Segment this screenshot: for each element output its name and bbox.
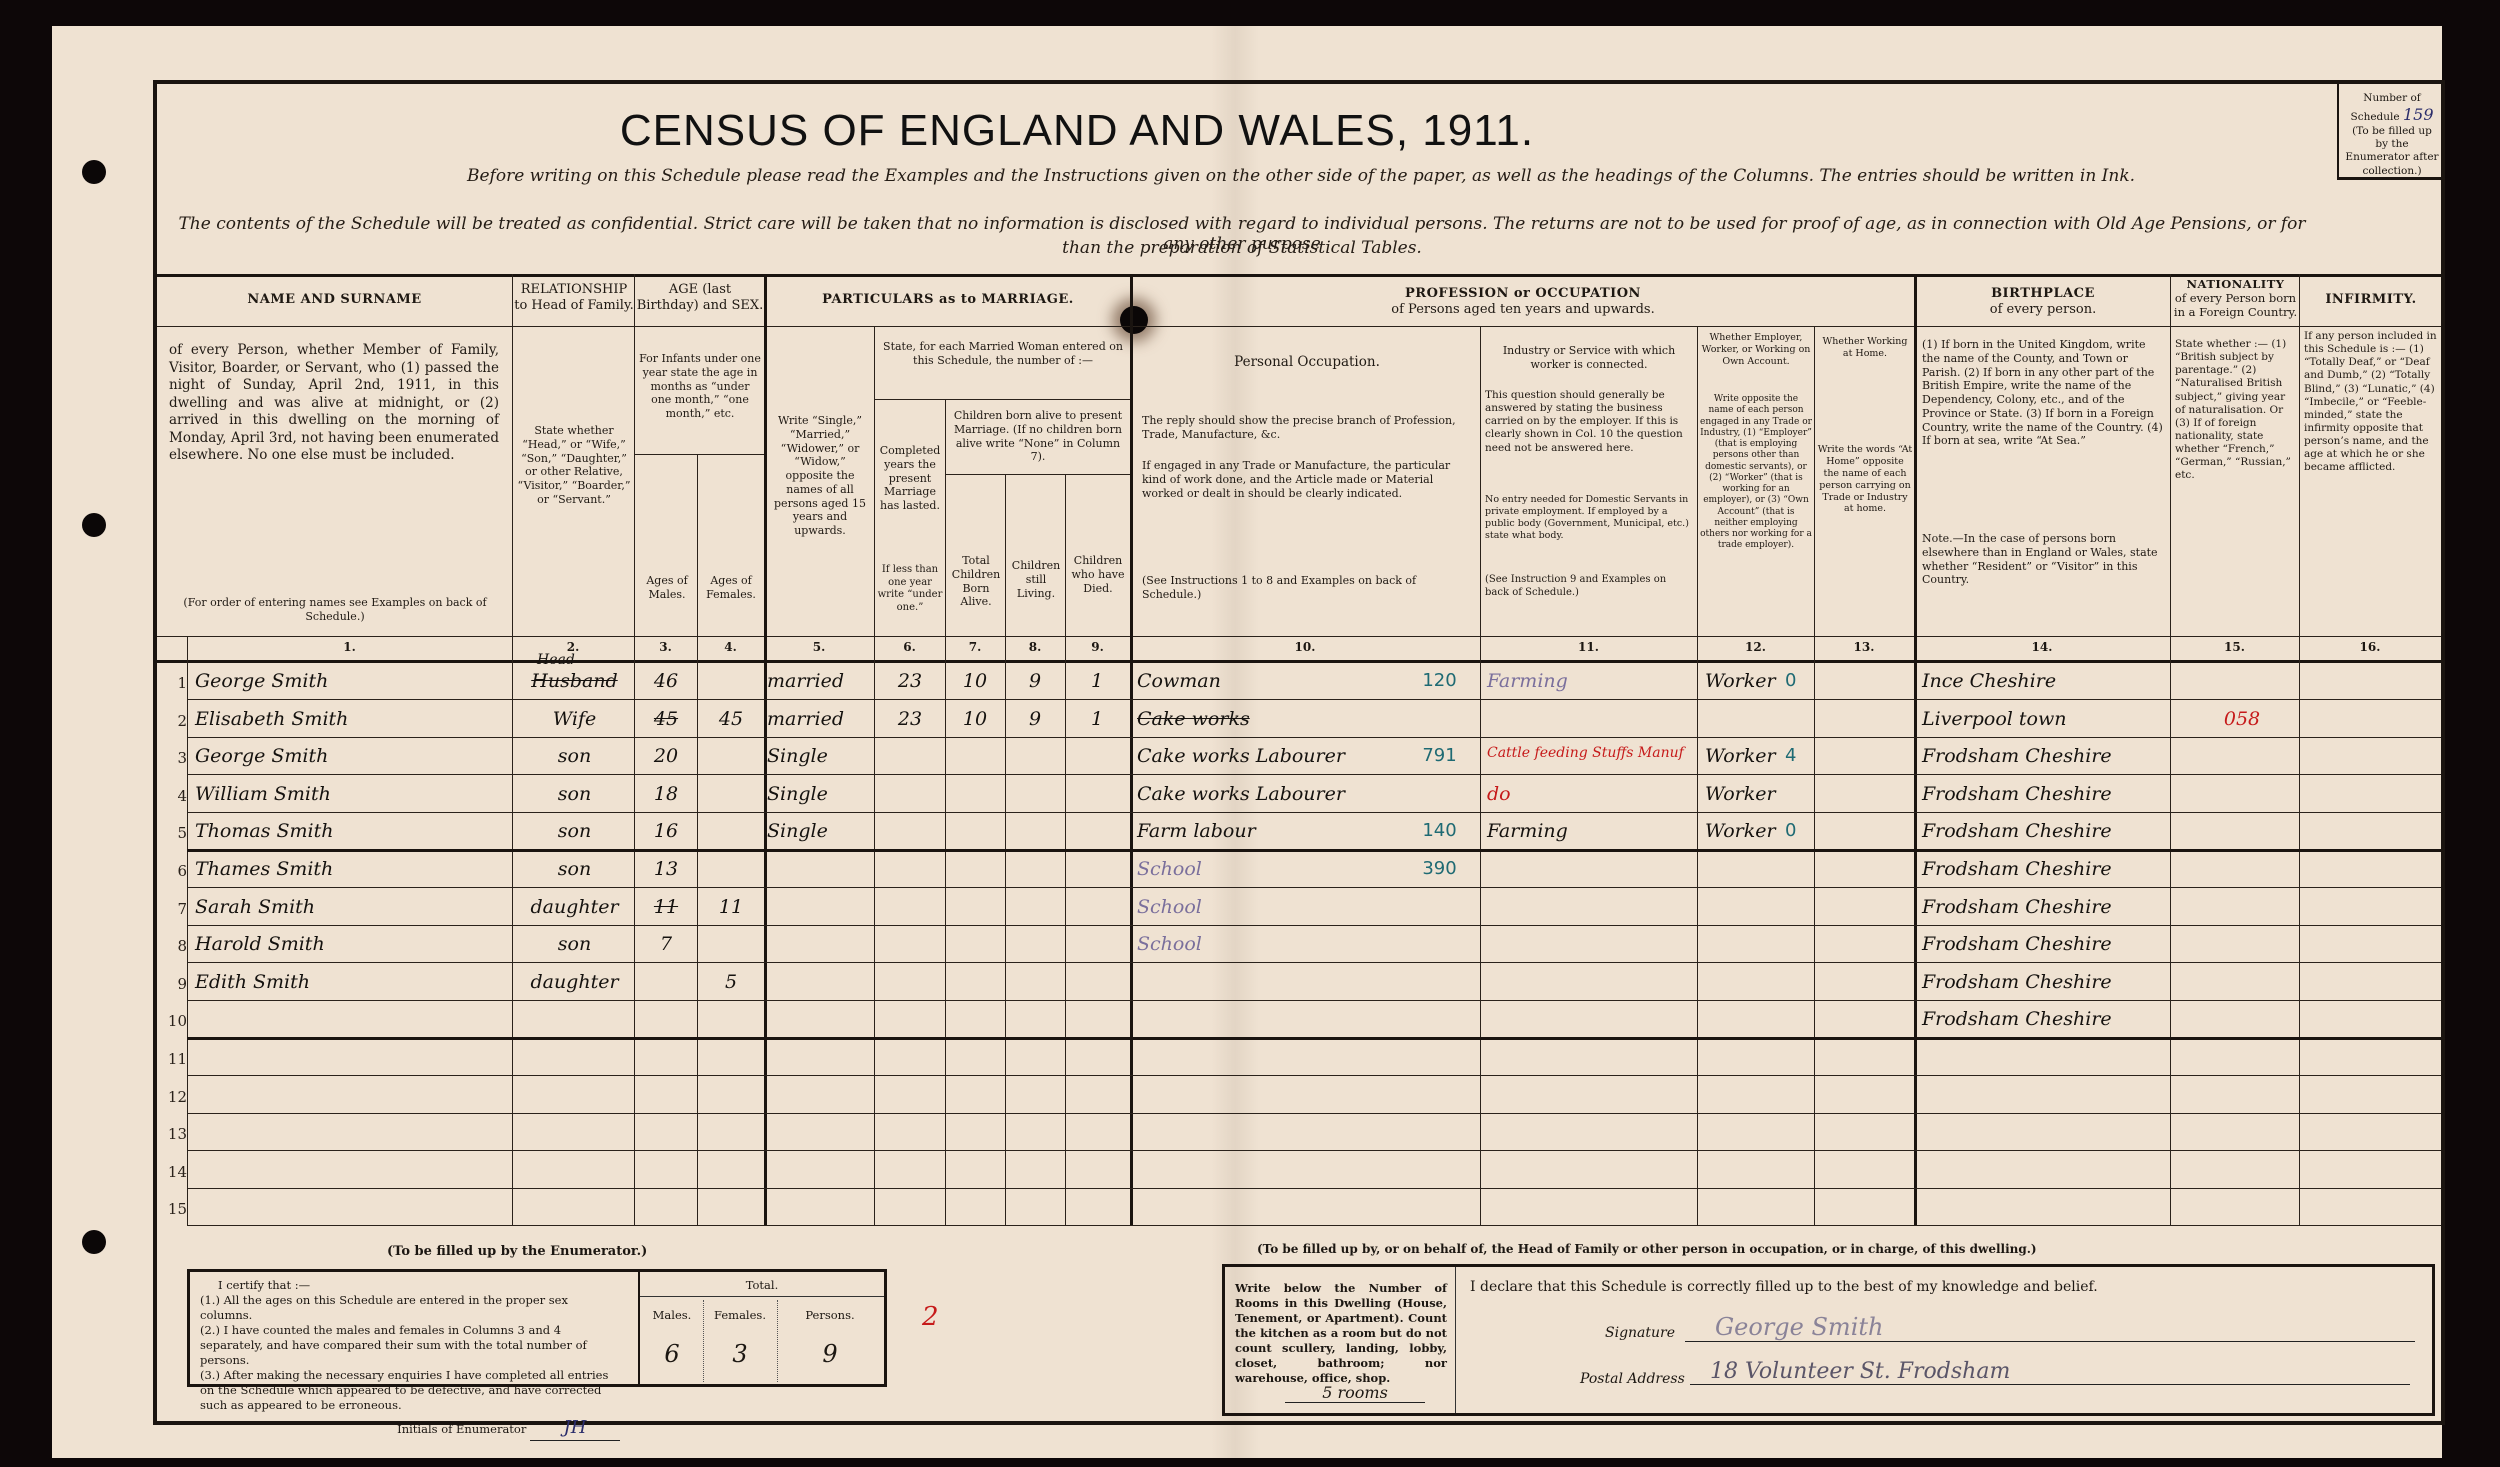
rooms-instruction: Write below the Number of Rooms in this … — [1235, 1281, 1447, 1386]
cell-living[interactable]: 9 — [1007, 670, 1063, 692]
cell-employ-code[interactable]: 0 — [1785, 820, 1811, 841]
cell-birthplace[interactable]: Frodsham Cheshire — [1922, 1008, 2167, 1030]
form-footer: (To be filled up by the Enumerator.) I c… — [157, 1234, 2441, 1424]
cell-name[interactable]: Edith Smith — [195, 971, 510, 993]
cell-name[interactable]: William Smith — [195, 783, 510, 805]
punch-hole — [82, 1230, 106, 1254]
relationship-instructions: State whether “Head,” or “Wife,” “Son,” … — [517, 424, 631, 507]
table-row: 1George SmithHusband46married231091Cowma… — [157, 662, 2441, 700]
row-number: 1 — [159, 674, 187, 692]
col-header-infirmity: INFIRMITY. — [2325, 292, 2416, 307]
cell-name[interactable]: Thames Smith — [195, 858, 510, 880]
row-number: 10 — [159, 1012, 187, 1030]
census-form: CENSUS OF ENGLAND AND WALES, 1911. Befor… — [153, 80, 2445, 1425]
enumerator-initials[interactable]: JH — [530, 1416, 620, 1440]
cell-died[interactable]: 1 — [1067, 670, 1127, 692]
schedule-number[interactable]: 159 — [2403, 105, 2434, 124]
cell-name[interactable]: George Smith — [195, 745, 510, 767]
cell-occupation[interactable]: Cowman — [1137, 670, 1397, 692]
row-number: 13 — [159, 1125, 187, 1143]
cell-birthplace[interactable]: Ince Cheshire — [1922, 670, 2167, 692]
cell-rel[interactable]: Wife — [517, 708, 632, 730]
table-row: 11 — [157, 1038, 2441, 1076]
total-persons[interactable]: 9 — [780, 1340, 880, 1368]
cell-name[interactable]: Sarah Smith — [195, 896, 510, 918]
name-instructions: of every Person, whether Member of Famil… — [169, 342, 499, 465]
nationality-instructions: State whether :— (1) “British subject by… — [2175, 338, 2297, 482]
row-number: 5 — [159, 824, 187, 842]
table-row: 9Edith Smithdaughter5Frodsham Cheshire — [157, 963, 2441, 1001]
cell-industry[interactable]: Cattle feeding Stuffs Manuf — [1487, 745, 1695, 761]
rooms-count[interactable]: 5 rooms — [1285, 1383, 1425, 1403]
cell-occupation[interactable]: School — [1137, 933, 1397, 955]
table-row: 2Elisabeth SmithWife4545married231091Cak… — [157, 700, 2441, 738]
cell-name[interactable]: Thomas Smith — [195, 820, 510, 842]
cell-male[interactable]: 45 — [637, 708, 695, 730]
cell-occupation[interactable]: School — [1137, 896, 1397, 918]
cell-rel[interactable]: son — [517, 858, 632, 880]
cell-occupation[interactable]: Farm labour — [1137, 820, 1397, 842]
cell-rel-over: Head — [537, 652, 575, 668]
row-number: 8 — [159, 937, 187, 955]
cell-died[interactable]: 1 — [1067, 708, 1127, 730]
row-number: 11 — [159, 1050, 187, 1068]
col-header-nationality: NATIONALITY — [2187, 277, 2285, 291]
table-row: 5Thomas Smithson16SingleFarm labour140Fa… — [157, 812, 2441, 850]
row-number: 14 — [159, 1163, 187, 1181]
table-row: 4William Smithson18SingleCake works Labo… — [157, 775, 2441, 813]
cell-living[interactable]: 9 — [1007, 708, 1063, 730]
table-row: 3George Smithson20SingleCake works Labou… — [157, 737, 2441, 775]
household-table: NAME AND SURNAME RELATIONSHIP to Head of… — [157, 274, 2441, 1229]
enumerator-certificate: I certify that :— (1.) All the ages on t… — [187, 1269, 887, 1387]
cell-industry[interactable]: do — [1487, 783, 1695, 805]
cell-rel[interactable]: daughter — [517, 971, 632, 993]
table-row: 10Frodsham Cheshire — [157, 1000, 2441, 1038]
punch-hole — [82, 513, 106, 537]
col-header-age: AGE (last Birthday) and SEX. — [636, 282, 764, 313]
at-home-title: Whether Working at Home. — [1817, 336, 1913, 360]
cell-years[interactable]: 23 — [877, 708, 943, 730]
cell-female[interactable]: 11 — [700, 896, 762, 918]
postal-address-field[interactable]: 18 Volunteer St. Frodsham — [1690, 1359, 2410, 1385]
col-header-relationship: RELATIONSHIP to Head of Family. — [514, 282, 634, 313]
cell-birthplace[interactable]: Liverpool town — [1922, 708, 2167, 730]
cell-marriage[interactable]: Single — [767, 820, 872, 842]
cell-name[interactable]: Elisabeth Smith — [195, 708, 510, 730]
cell-employ[interactable]: Worker — [1705, 670, 1785, 692]
col-header-name: NAME AND SURNAME — [247, 292, 421, 307]
page-title: CENSUS OF ENGLAND AND WALES, 1911. — [157, 106, 1997, 156]
col-header-marriage: PARTICULARS as to MARRIAGE. — [822, 292, 1074, 307]
total-females[interactable]: 3 — [705, 1340, 775, 1368]
row-number: 12 — [159, 1088, 187, 1106]
cell-employ[interactable]: Worker — [1705, 745, 1785, 767]
cell-birthplace[interactable]: Frodsham Cheshire — [1922, 933, 2167, 955]
cell-birthplace[interactable]: Frodsham Cheshire — [1922, 745, 2167, 767]
age-instructions: For Infants under one year state the age… — [639, 352, 761, 421]
signature-field[interactable]: George Smith — [1685, 1313, 2415, 1342]
cell-female[interactable]: 45 — [700, 708, 762, 730]
total-males[interactable]: 6 — [642, 1340, 702, 1368]
cell-employ-code[interactable]: 0 — [1785, 670, 1811, 691]
cell-employ-code[interactable]: 4 — [1785, 745, 1811, 766]
householder-declaration: Write below the Number of Rooms in this … — [1222, 1264, 2435, 1416]
cell-rel[interactable]: son — [517, 933, 632, 955]
cell-birthplace[interactable]: Frodsham Cheshire — [1922, 820, 2167, 842]
schedule-number-box: Number of Schedule 159 (To be filled up … — [2337, 84, 2445, 180]
table-row: 13 — [157, 1113, 2441, 1151]
row-number: 3 — [159, 749, 187, 767]
cell-male[interactable]: 7 — [637, 933, 695, 955]
cell-years[interactable]: 23 — [877, 670, 943, 692]
table-row: 8Harold Smithson7SchoolFrodsham Cheshire — [157, 925, 2441, 963]
cell-male[interactable]: 16 — [637, 820, 695, 842]
cell-born[interactable]: 10 — [947, 670, 1003, 692]
red-mark: 2 — [922, 1302, 939, 1332]
cell-occupation[interactable]: School — [1137, 858, 1397, 880]
row-number: 9 — [159, 975, 187, 993]
row-number: 7 — [159, 900, 187, 918]
punch-hole — [82, 160, 106, 184]
cell-rel[interactable]: Husband — [517, 670, 632, 692]
cell-industry[interactable]: Farming — [1487, 820, 1695, 842]
cell-marriage[interactable]: Single — [767, 783, 872, 805]
row-number: 4 — [159, 787, 187, 805]
declaration-text: I declare that this Schedule is correctl… — [1470, 1279, 2098, 1295]
cell-birthplace[interactable]: Frodsham Cheshire — [1922, 896, 2167, 918]
cell-employ[interactable]: Worker — [1705, 820, 1785, 842]
cell-occ-code[interactable]: 120 — [1402, 670, 1477, 691]
cell-birthplace[interactable]: Frodsham Cheshire — [1922, 858, 2167, 880]
cell-occupation[interactable]: Cake works — [1137, 708, 1397, 730]
personal-occupation-title: Personal Occupation. — [1137, 354, 1477, 372]
table-row: 14 — [157, 1151, 2441, 1189]
householder-heading: (To be filled up by, or on behalf of, th… — [1257, 1242, 2037, 1256]
row-number: 2 — [159, 712, 187, 730]
row-number: 15 — [159, 1200, 187, 1218]
cell-name[interactable]: George Smith — [195, 670, 510, 692]
cell-male[interactable]: 18 — [637, 783, 695, 805]
cell-male[interactable]: 11 — [637, 896, 695, 918]
cell-rel[interactable]: son — [517, 783, 632, 805]
col-header-birthplace: BIRTHPLACE — [1991, 286, 2095, 301]
col-header-occupation: PROFESSION or OCCUPATION — [1405, 286, 1641, 301]
cell-industry[interactable]: Farming — [1487, 670, 1695, 692]
cell-occ-code[interactable]: 140 — [1402, 820, 1477, 841]
table-row: 7Sarah Smithdaughter1111SchoolFrodsham C… — [157, 888, 2441, 926]
enumerator-heading: (To be filled up by the Enumerator.) — [387, 1244, 647, 1259]
cell-occ-code[interactable]: 791 — [1402, 745, 1477, 766]
employer-title: Whether Employer, Worker, or Working on … — [1700, 332, 1812, 368]
cell-rel[interactable]: son — [517, 745, 632, 767]
cell-nationality[interactable]: 058 — [2187, 708, 2297, 730]
table-row: 6Thames Smithson13School390Frodsham Ches… — [157, 850, 2441, 888]
cell-occupation[interactable]: Cake works Labourer — [1137, 745, 1397, 767]
cell-rel[interactable]: daughter — [517, 896, 632, 918]
birthplace-instructions: (1) If born in the United Kingdom, write… — [1922, 338, 2164, 448]
cell-employ[interactable]: Worker — [1705, 783, 1785, 805]
cell-male[interactable]: 46 — [637, 670, 695, 692]
cell-male[interactable]: 13 — [637, 858, 695, 880]
instruction-line: Before writing on this Schedule please r… — [467, 166, 2135, 186]
cell-marriage[interactable]: married — [767, 708, 872, 730]
cell-marriage[interactable]: Single — [767, 745, 872, 767]
cell-birthplace[interactable]: Frodsham Cheshire — [1922, 971, 2167, 993]
row-number: 6 — [159, 862, 187, 880]
cell-rel[interactable]: son — [517, 820, 632, 842]
confidential-line-2: than the preparation of Statistical Tabl… — [177, 238, 2307, 258]
infirmity-instructions: If any person included in this Schedule … — [2304, 330, 2438, 474]
table-row: 15 — [157, 1188, 2441, 1226]
marriage-instructions: Write “Single,” “Married,” “Widower,” or… — [769, 414, 871, 538]
table-row: 12 — [157, 1076, 2441, 1114]
cell-marriage[interactable]: married — [767, 670, 872, 692]
cell-occ-code[interactable]: 390 — [1402, 858, 1477, 879]
cell-birthplace[interactable]: Frodsham Cheshire — [1922, 783, 2167, 805]
cell-name[interactable]: Harold Smith — [195, 933, 510, 955]
cell-occupation[interactable]: Cake works Labourer — [1137, 783, 1397, 805]
cell-female[interactable]: 5 — [700, 971, 762, 993]
cell-male[interactable]: 20 — [637, 745, 695, 767]
industry-title: Industry or Service with which worker is… — [1485, 344, 1693, 372]
cell-born[interactable]: 10 — [947, 708, 1003, 730]
